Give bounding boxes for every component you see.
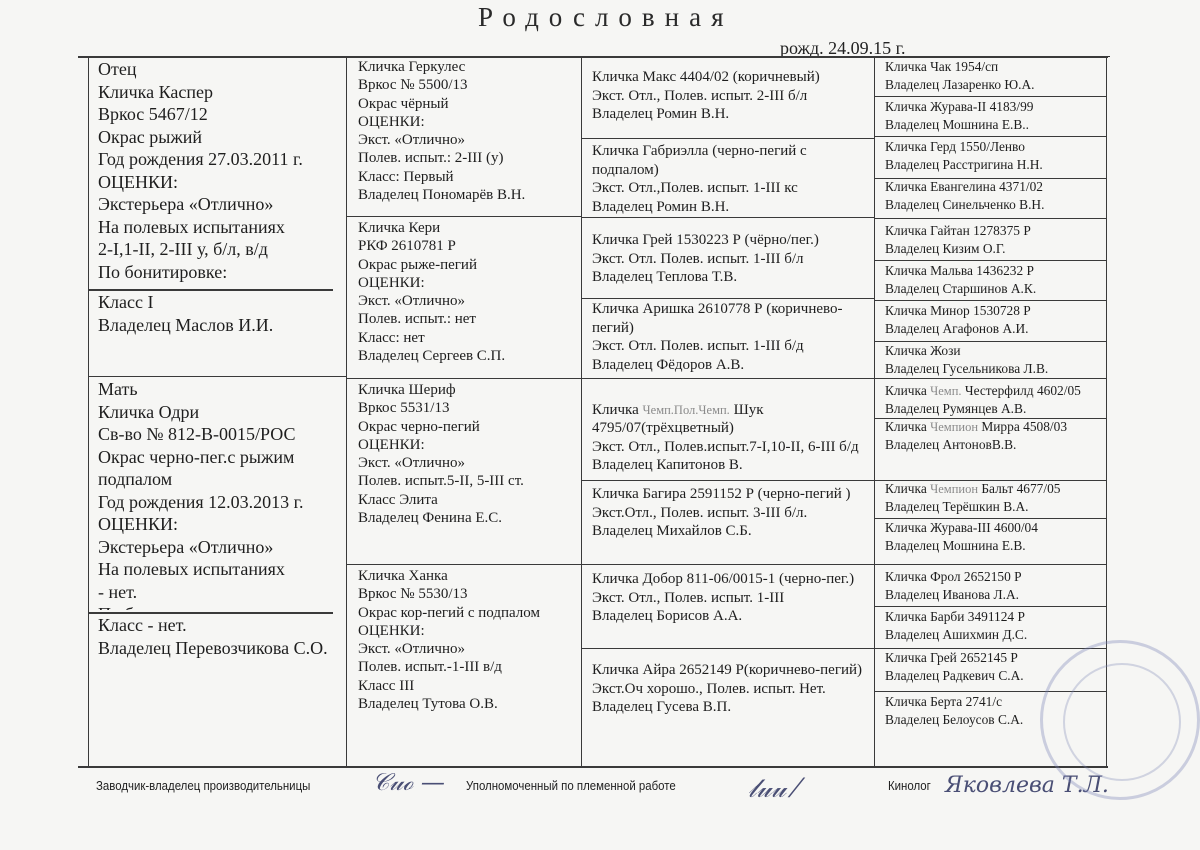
ggp-5: Кличка Чемп.Пол.Чемп. Шук 4795/07(трёхцв…: [585, 382, 870, 478]
table-rule: [874, 56, 875, 768]
table-rule: [874, 648, 1106, 649]
gggp-14: Кличка Барби 3491124 Р Владелец Ашихмин …: [878, 608, 1106, 648]
gggp-1: Кличка Чак 1954/сп Владелец Лазаренко Ю.…: [878, 58, 1106, 98]
official-stamp: [1040, 640, 1200, 800]
ggp-2: Кличка Габриэлла (черно-пегий с подпалом…: [585, 142, 870, 218]
cynologist-label: Кинолог: [888, 778, 931, 793]
document-title: Родословная: [478, 2, 734, 33]
dam-class-owner: Класс - нет. Владелец Перевозчикова С.О.: [88, 614, 346, 714]
table-rule: [346, 56, 347, 768]
breeding-officer-signature: 𝓁𝓊𝓊 ⁄: [748, 774, 799, 805]
table-rule: [581, 648, 874, 649]
table-rule: [874, 564, 1106, 565]
table-rule: [874, 136, 1106, 137]
gggp-2: Кличка Журава-II 4183/99 Владелец Мошнин…: [878, 98, 1106, 138]
table-rule: [346, 378, 581, 379]
table-rule: [346, 216, 581, 217]
table-rule: [874, 300, 1106, 301]
granddam-paternal: Кличка Кери РКФ 2610781 Р Окрас рыже-пег…: [350, 219, 580, 377]
table-rule: [581, 564, 874, 565]
champion-title: Чемп.: [930, 384, 961, 398]
table-rule: [874, 480, 1106, 481]
ggp-6: Кличка Багира 2591152 Р (черно-пегий ) Э…: [585, 485, 870, 565]
gggp-11: Кличка Чемпион Бальт 4677/05 Владелец Те…: [878, 480, 1106, 520]
ggp-3: Кличка Грей 1530223 Р (чёрно/пег.) Экст.…: [585, 231, 870, 291]
grandsire-paternal: Кличка Геркулес Вркос № 5500/13 Окрас чё…: [350, 58, 580, 216]
breeding-officer-label: Уполномоченный по племенной работе: [466, 778, 676, 793]
ggp-7: Кличка Добор 811-06/0015-1 (черно-пег.) …: [585, 570, 870, 646]
champion-title: Чемпион: [930, 420, 978, 434]
pedigree-document: Родословная рожд. 24.09.15 г. Отец Кличк…: [0, 0, 1200, 850]
champion-title: Чемп.Пол.Чемп.: [643, 403, 730, 417]
table-rule: [88, 56, 89, 768]
table-rule: [581, 56, 582, 768]
table-rule: [581, 480, 874, 481]
gggp-8: Кличка Жози Владелец Гусельникова Л.В.: [878, 342, 1106, 382]
ggp-8: Кличка Айра 2652149 Р(коричнево-пегий) Э…: [585, 661, 870, 741]
gggp-3: Кличка Герд 1550/Ленво Владелец Расстриг…: [878, 138, 1106, 178]
sire-class-owner: Класс I Владелец Маслов И.И.: [88, 291, 346, 371]
gggp-7: Кличка Минор 1530728 Р Владелец Агафонов…: [878, 302, 1106, 342]
table-rule: [874, 260, 1106, 261]
breeder-signature: 𝒞𝓊ℴ —: [372, 768, 445, 796]
champion-title: Чемпион: [930, 482, 978, 496]
table-rule: [346, 564, 581, 565]
table-rule: [874, 218, 1106, 219]
table-rule: [581, 217, 874, 218]
table-rule: [88, 289, 333, 291]
table-rule: [874, 518, 1106, 519]
sire-info: Отец Кличка Каспер Вркос 5467/12 Окрас р…: [88, 58, 346, 288]
gggp-9: Кличка Чемп. Честерфилд 4602/05 Владелец…: [878, 382, 1106, 422]
table-rule: [874, 178, 1106, 179]
breeder-label: Заводчик-владелец производительницы: [96, 778, 310, 793]
gggp-4: Кличка Евангелина 4371/02 Владелец Синел…: [878, 178, 1106, 218]
gggp-13: Кличка Фрол 2652150 Р Владелец Иванова Л…: [878, 568, 1106, 608]
pedigree-table: Отец Кличка Каспер Вркос 5467/12 Окрас р…: [88, 56, 1108, 768]
table-rule: [88, 376, 346, 377]
gggp-5: Кличка Гайтан 1278375 Р Владелец Кизим О…: [878, 222, 1106, 262]
table-rule: [581, 378, 874, 379]
gggp-10: Кличка Чемпион Мирра 4508/03 Владелец Ан…: [878, 418, 1106, 458]
table-rule: [88, 612, 333, 614]
gggp-6: Кличка Мальва 1436232 Р Владелец Старшин…: [878, 262, 1106, 302]
grandsire-maternal: Кличка Шериф Вркос 5531/13 Окрас черно-п…: [350, 381, 580, 561]
dam-info: Мать Кличка Одри Св-во № 812-В-0015/РОС …: [88, 378, 346, 610]
table-rule: [78, 56, 1108, 58]
table-rule: [874, 418, 1106, 419]
ggp-4: Кличка Аришка 2610778 Р (коричнево-пегий…: [585, 300, 870, 380]
table-rule: [874, 606, 1106, 607]
granddam-maternal: Кличка Ханка Вркос № 5530/13 Окрас кор-п…: [350, 567, 580, 757]
table-rule: [581, 298, 874, 299]
table-rule: [581, 138, 874, 139]
table-rule: [78, 766, 1108, 768]
table-rule: [874, 96, 1106, 97]
gggp-12: Кличка Журава-III 4600/04 Владелец Мошни…: [878, 519, 1106, 559]
table-rule: [874, 378, 1106, 379]
ggp-1: Кличка Макс 4404/02 (коричневый) Экст. О…: [585, 68, 870, 138]
table-rule: [874, 341, 1106, 342]
